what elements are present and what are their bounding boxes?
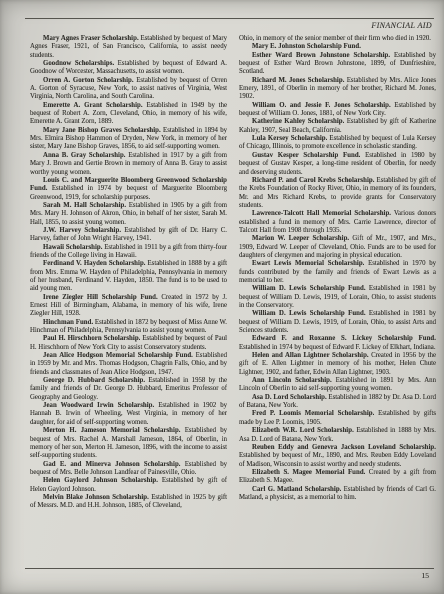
scholarship-title: Emerette A. Grant Scholarship. xyxy=(43,102,143,109)
scholarship-title: Gustav Kesper Scholarship Fund. xyxy=(252,152,360,159)
scholarship-entry: Jean Alice Hodgson Memorial Scholarship … xyxy=(30,352,227,377)
scholarship-entry: Ohio, in memory of the senior member of … xyxy=(239,35,436,43)
scholarship-title: Melvin Blake Johnson Scholarship. xyxy=(43,494,149,501)
scholarship-entry: Fred P. Loomis Memorial Scholarship. Est… xyxy=(239,410,436,427)
scholarship-entry: William D. Lewis Scholarship Fund. Estab… xyxy=(239,285,436,310)
scholarship-entry: Gustav Kesper Scholarship Fund. Establis… xyxy=(239,152,436,177)
scholarship-entry: Paul H. Hirschhorn Scholarship. Establis… xyxy=(30,335,227,352)
scholarship-title: Katherine Kahley Scholarship. xyxy=(252,118,344,125)
scholarship-title: Marion W. Leeper Scholarship. xyxy=(252,235,349,242)
scholarship-entry: Goodnow Scholarships. Established by beq… xyxy=(30,60,227,77)
scholarship-entry: Elizabeth W.R. Lord Scholarship. Establi… xyxy=(239,427,436,444)
scholarship-title: Helen Gaylord Johnson Scholarship. xyxy=(43,477,158,484)
two-column-text-block: Mary Agnes Fraser Scholarship. Establish… xyxy=(30,35,436,559)
left-column: Mary Agnes Fraser Scholarship. Establish… xyxy=(30,35,227,559)
scholarship-entry: Jean Woodward Irwin Scholarship. Establi… xyxy=(30,402,227,427)
scholarship-title: Jean Woodward Irwin Scholarship. xyxy=(43,402,154,409)
scholarship-title: William O. and Jessie F. Jones Scholarsh… xyxy=(252,102,391,109)
scholarship-title: Esther Ward Brown Johnstone Scholarship. xyxy=(252,52,390,59)
scholarship-entry: William D. Lewis Scholarship Fund. Estab… xyxy=(239,310,436,335)
scholarship-title: William D. Lewis Scholarship Fund. xyxy=(252,285,366,292)
scholarship-title: Fred P. Loomis Memorial Scholarship. xyxy=(252,410,374,417)
scholarship-title: Irene Ziegler Hill Scholarship Fund. xyxy=(43,294,158,301)
scholarship-entry: William O. and Jessie F. Jones Scholarsh… xyxy=(239,102,436,119)
scholarship-entry: Reuben Eddy and Genevra Jackson Loveland… xyxy=(239,444,436,469)
scholarship-entry: George D. Hubbard Scholarship. Establish… xyxy=(30,377,227,402)
scholarship-title: Elizabeth S. Magee Memorial Fund. xyxy=(252,469,365,476)
scholarship-entry: Esther Ward Brown Johnstone Scholarship.… xyxy=(239,52,436,77)
scholarship-title: Lawrence-Talcott Hall Memorial Scholarsh… xyxy=(252,210,391,217)
scholarship-title: Ewart Lewis Memorial Scholarship. xyxy=(252,260,364,267)
scholarship-entry: Carl G. Matland Scholarship. Established… xyxy=(239,486,436,503)
scholarship-title: Merton H. Jameson Memorial Scholarship. xyxy=(43,427,181,434)
scholarship-title: Orren A. Gorton Scholarship. xyxy=(43,77,134,84)
scholarship-title: Paul H. Hirschhorn Scholarship. xyxy=(43,335,140,342)
scholarship-entry: Emerette A. Grant Scholarship. Establish… xyxy=(30,102,227,127)
scholarship-entry: Hinchman Fund. Established in 1872 by be… xyxy=(30,319,227,336)
scholarship-entry: Mary Agnes Fraser Scholarship. Establish… xyxy=(30,35,227,60)
scholarship-title: William D. Lewis Scholarship Fund. xyxy=(252,310,366,317)
scholarship-entry: Sarah M. Hall Scholarship. Established i… xyxy=(30,202,227,227)
scholarship-entry: Mary E. Johnston Scholarship Fund. xyxy=(239,43,436,51)
scholarship-entry: Marion W. Leeper Scholarship. Gift of Mr… xyxy=(239,235,436,260)
scholarship-title: Helen and Allan Lightner Scholarship. xyxy=(252,352,369,359)
scholarship-entry: Richard P. and Carol Krebs Scholarship. … xyxy=(239,177,436,210)
running-head: FINANCIAL AID xyxy=(371,21,432,30)
scholarship-title: Mary Agnes Fraser Scholarship. xyxy=(43,35,139,42)
scholarship-title: Jean Alice Hodgson Memorial Scholarship … xyxy=(43,352,193,359)
scholarship-entry: Irene Ziegler Hill Scholarship Fund. Cre… xyxy=(30,294,227,319)
scholarship-entry: Gad E. and Minerva Johnson Scholarship. … xyxy=(30,461,227,478)
scholarship-title: Sarah M. Hall Scholarship. xyxy=(43,202,126,209)
scholarship-entry: Helen and Allan Lightner Scholarship. Cr… xyxy=(239,352,436,377)
scholarship-entry: Helen Gaylord Johnson Scholarship. Estab… xyxy=(30,477,227,494)
scholarship-title: Richard P. and Carol Krebs Scholarship. xyxy=(252,177,374,184)
scholarship-title: Ann Lincoln Scholarship. xyxy=(252,377,332,384)
scholarship-entry: Ferdinand V. Hayden Scholarship. Establi… xyxy=(30,260,227,293)
scholarship-title: Asa D. Lord Scholarship. xyxy=(252,394,327,401)
scholarship-entry: Ewart Lewis Memorial Scholarship. Establ… xyxy=(239,260,436,285)
scholarship-entry: Melvin Blake Johnson Scholarship. Establ… xyxy=(30,494,227,511)
scholarship-entry: Orren A. Gorton Scholarship. Established… xyxy=(30,77,227,102)
scholarship-entry: Ann Lincoln Scholarship. Established in … xyxy=(239,377,436,394)
scholarship-entry: Anna B. Gray Scholarship. Established in… xyxy=(30,152,227,177)
scholarship-title: J.W. Harvey Scholarship. xyxy=(43,227,121,234)
scholarship-title: Ferdinand V. Hayden Scholarship. xyxy=(43,260,146,267)
scholarship-entry: Lula Kersey Scholarship. Established by … xyxy=(239,135,436,152)
scholarship-title: Reuben Eddy and Genevra Jackson Loveland… xyxy=(252,444,436,451)
footer-rule xyxy=(25,568,434,569)
scholarship-title: Carl G. Matland Scholarship. xyxy=(252,486,341,493)
scanned-catalog-page: FINANCIAL AID Mary Agnes Fraser Scholars… xyxy=(0,0,444,594)
scholarship-title: Elizabeth W.R. Lord Scholarship. xyxy=(252,427,354,434)
scholarship-title: Mary Jane Bishop Graves Scholarship. xyxy=(43,127,161,134)
scholarship-title: Edward F. and Roxanne S. Lickey Scholars… xyxy=(252,335,436,342)
scholarship-title: Richard M. Jones Scholarship. xyxy=(252,77,344,84)
scholarship-entry: Hawaii Scholarship. Established in 1911 … xyxy=(30,244,227,261)
scholarship-entry: Merton H. Jameson Memorial Scholarship. … xyxy=(30,427,227,460)
scholarship-entry: Asa D. Lord Scholarship. Established in … xyxy=(239,394,436,411)
scholarship-title: Goodnow Scholarships. xyxy=(43,60,114,67)
scholarship-title: George D. Hubbard Scholarship. xyxy=(43,377,145,384)
scholarship-entry: Louis C. and Marguerite Bloomberg Greenw… xyxy=(30,177,227,202)
scholarship-entry: Richard M. Jones Scholarship. Establishe… xyxy=(239,77,436,102)
scholarship-title: Hinchman Fund. xyxy=(43,319,93,326)
scholarship-title: Louis C. and Marguerite Bloomberg Greenw… xyxy=(30,177,227,192)
scholarship-entry: Mary Jane Bishop Graves Scholarship. Est… xyxy=(30,127,227,152)
scholarship-title: Gad E. and Minerva Johnson Scholarship. xyxy=(43,461,181,468)
scholarship-entry: Edward F. and Roxanne S. Lickey Scholars… xyxy=(239,335,436,352)
page-number: 15 xyxy=(422,571,430,580)
scholarship-title: Hawaii Scholarship. xyxy=(43,244,103,251)
scholarship-entry: Lawrence-Talcott Hall Memorial Scholarsh… xyxy=(239,210,436,235)
scholarship-title: Lula Kersey Scholarship. xyxy=(252,135,327,142)
scholarship-entry: Elizabeth S. Magee Memorial Fund. Create… xyxy=(239,469,436,486)
header-rule xyxy=(25,18,434,19)
scholarship-title: Mary E. Johnston Scholarship Fund. xyxy=(252,43,361,50)
right-column: Ohio, in memory of the senior member of … xyxy=(239,35,436,559)
scholarship-title: Anna B. Gray Scholarship. xyxy=(43,152,126,159)
scholarship-entry: J.W. Harvey Scholarship. Established by … xyxy=(30,227,227,244)
scholarship-entry: Katherine Kahley Scholarship. Establishe… xyxy=(239,118,436,135)
